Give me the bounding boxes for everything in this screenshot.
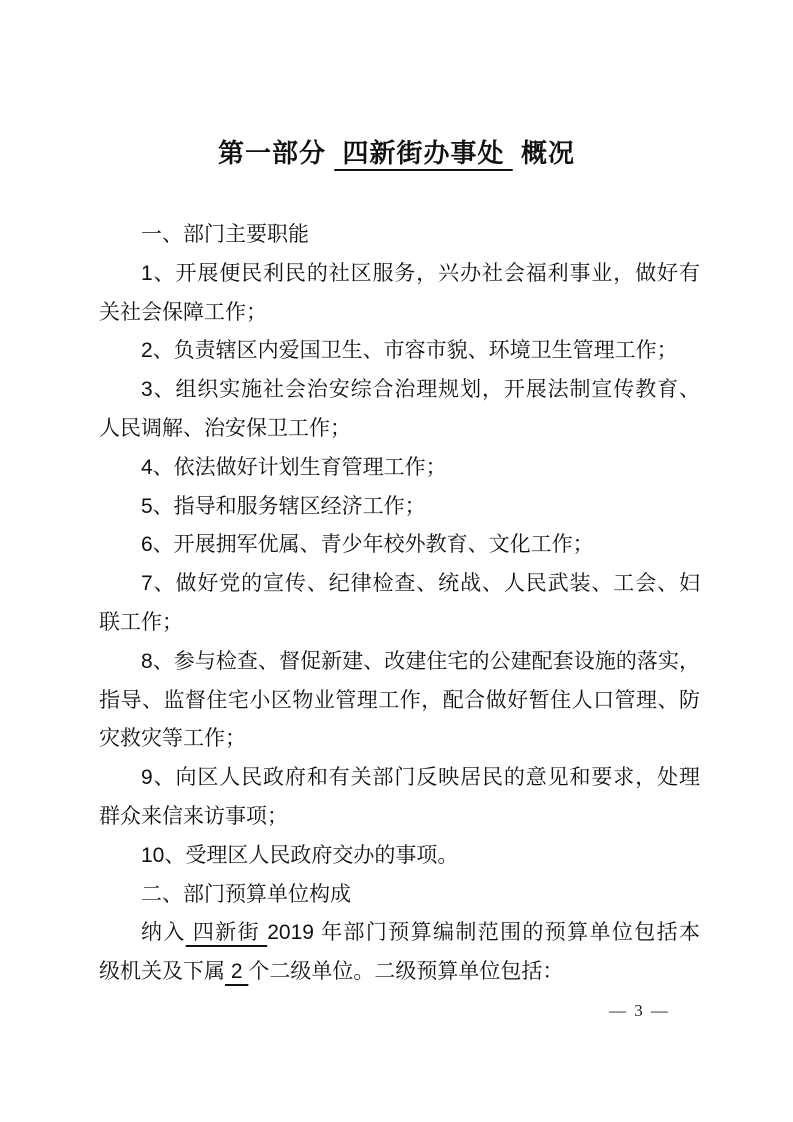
document-body: 一、部门主要职能1、开展便民利民的社区服务，兴办社会福利事业，做好有关社会保障工…: [99, 216, 700, 992]
text-run: 7、做好党的宣传、纪律检查、统战、人民武装、工会、妇: [141, 572, 700, 595]
text-line: 1、开展便民利民的社区服务，兴办社会福利事业，做好有: [99, 255, 700, 294]
text-run: 5、指导和服务辖区经济工作；: [141, 495, 426, 518]
underlined-text: 四新街办事处: [334, 138, 512, 168]
text-run: 第一部分: [218, 138, 334, 168]
text-line: 3、组织实施社会治安综合治理规划，开展法制宣传教育、: [99, 371, 700, 410]
text-run: 4、依法做好计划生育管理工作；: [141, 456, 447, 479]
text-run: 人民调解、治安保卫工作；: [99, 417, 351, 440]
text-run: 10、受理区人民政府交办的事项。: [141, 844, 458, 867]
text-run: 联工作；: [99, 611, 183, 634]
underlined-text: 2: [225, 960, 248, 983]
text-run: 6、开展拥军优属、青少年校外教育、文化工作；: [141, 533, 594, 556]
text-line: 7、做好党的宣传、纪律检查、统战、人民武装、工会、妇: [99, 565, 700, 604]
text-run: 2、负责辖区内爱国卫生、市容市貌、环境卫生管理工作；: [141, 339, 678, 362]
document-title: 第一部分 四新街办事处 概况: [0, 136, 793, 170]
text-line: 指导、监督住宅小区物业管理工作，配合做好暂住人口管理、防: [99, 682, 700, 721]
page-number: — 3 —: [0, 1000, 793, 1022]
underlined-text: 四新街: [186, 921, 268, 944]
text-line: 关社会保障工作；: [99, 294, 700, 333]
text-run: 群众来信来访事项；: [99, 805, 288, 828]
text-run: 个二级单位。二级预算单位包括：: [248, 960, 563, 983]
text-line: 6、开展拥军优属、青少年校外教育、文化工作；: [99, 526, 700, 565]
text-line: 5、指导和服务辖区经济工作；: [99, 488, 700, 527]
text-run: 一、部门主要职能: [141, 223, 309, 246]
text-line: 10、受理区人民政府交办的事项。: [99, 837, 700, 876]
text-line: 8、参与检查、督促新建、改建住宅的公建配套设施的落实，: [99, 643, 700, 682]
text-run: 2019 年部门预算编制范围的预算单位包括本: [267, 921, 700, 944]
text-run: 概况: [513, 138, 575, 168]
text-line: 2、负责辖区内爱国卫生、市容市貌、环境卫生管理工作；: [99, 332, 700, 371]
text-line: 人民调解、治安保卫工作；: [99, 410, 700, 449]
text-line: 群众来信来访事项；: [99, 798, 700, 837]
text-line: 一、部门主要职能: [99, 216, 700, 255]
text-run: 灾救灾等工作；: [99, 727, 246, 750]
text-line: 纳入 四新街 2019 年部门预算编制范围的预算单位包括本: [99, 914, 700, 953]
text-run: 纳入: [141, 921, 186, 944]
text-line: 9、向区人民政府和有关部门反映居民的意见和要求，处理: [99, 759, 700, 798]
text-run: 关社会保障工作；: [99, 301, 267, 324]
text-run: 3、组织实施社会治安综合治理规划，开展法制宣传教育、: [141, 378, 700, 401]
text-run: 级机关及下属: [99, 960, 225, 983]
text-run: 指导、监督住宅小区物业管理工作，配合做好暂住人口管理、防: [99, 689, 700, 712]
text-line: 联工作；: [99, 604, 700, 643]
text-line: 级机关及下属 2 个二级单位。二级预算单位包括：: [99, 953, 700, 992]
text-line: 4、依法做好计划生育管理工作；: [99, 449, 700, 488]
text-run: 1、开展便民利民的社区服务，兴办社会福利事业，做好有: [141, 262, 700, 285]
text-line: 二、部门预算单位构成: [99, 876, 700, 915]
text-run: 二、部门预算单位构成: [141, 883, 351, 906]
text-run: 8、参与检查、督促新建、改建住宅的公建配套设施的落实，: [141, 650, 700, 673]
text-line: 灾救灾等工作；: [99, 720, 700, 759]
document-page: 第一部分 四新街办事处 概况 一、部门主要职能1、开展便民利民的社区服务，兴办社…: [0, 0, 793, 1122]
text-run: 9、向区人民政府和有关部门反映居民的意见和要求，处理: [141, 766, 700, 789]
